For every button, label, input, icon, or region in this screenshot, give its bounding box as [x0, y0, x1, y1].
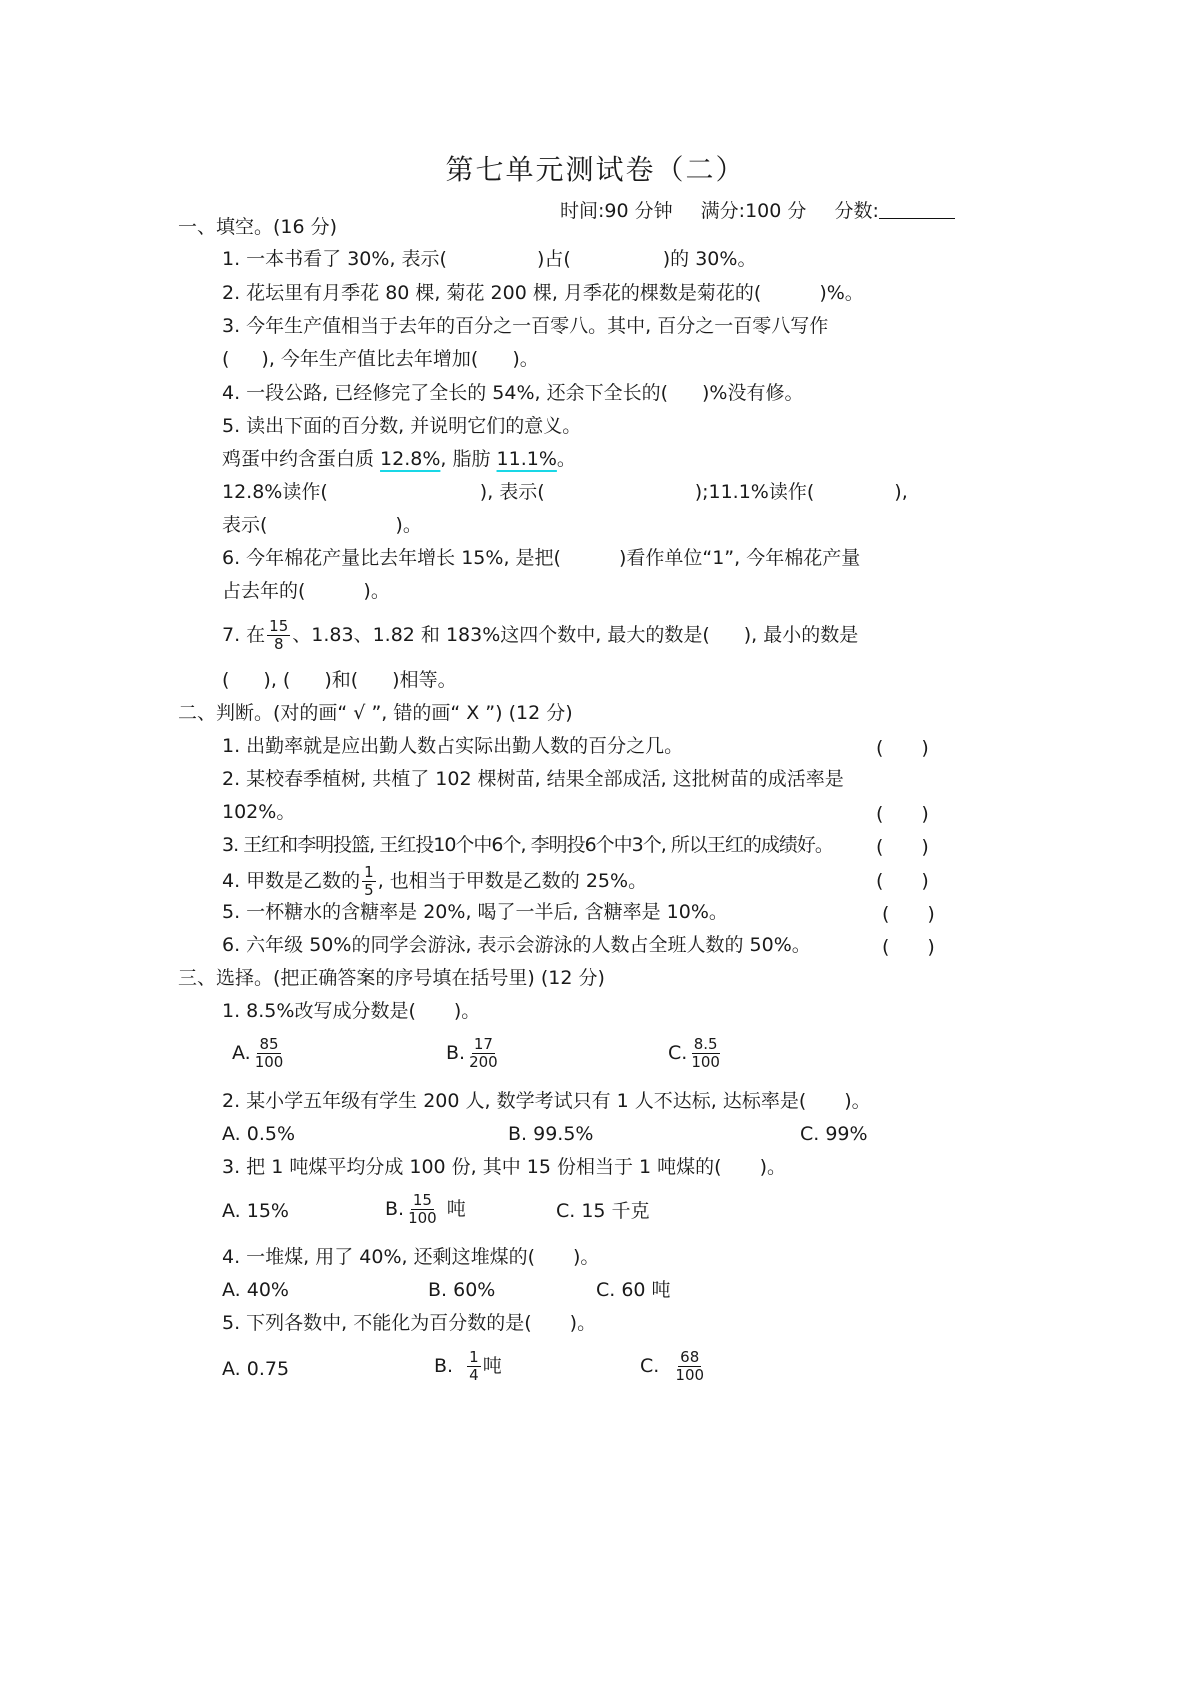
choice-5-option-b[interactable]: B. 14吨 — [434, 1349, 502, 1384]
choice-3-option-a[interactable]: A. 15% — [222, 1198, 289, 1224]
page-title: 第七单元测试卷（二） — [0, 148, 1191, 188]
choice-3-option-c[interactable]: C. 15 千克 — [556, 1198, 650, 1224]
judge-item-1: 1. 出勤率就是应出勤人数占实际出勤人数的百分之几。 — [222, 733, 683, 759]
choice-4-option-a[interactable]: A. 40% — [222, 1277, 289, 1303]
choice-4-option-b[interactable]: B. 60% — [428, 1277, 495, 1303]
choice-5-option-c[interactable]: C. 68100 — [640, 1349, 708, 1384]
choice-question-1: 1. 8.5%改写成分数是( )。 — [222, 998, 480, 1024]
judge-item-2: 2. 某校春季植树, 共植了 102 棵树苗, 结果全部成活, 这批树苗的成活率… — [222, 766, 844, 792]
fraction-15-8: 158 — [267, 618, 290, 653]
fill-question-3-line2: (), 今年生产值比去年增加()。 — [222, 346, 539, 372]
fill-question-6-line1: 6. 今年棉花产量比去年增长 15%, 是把()看作单位“1”, 今年棉花产量 — [222, 545, 860, 571]
choice-question-5: 5. 下列各数中, 不能化为百分数的是( )。 — [222, 1310, 596, 1336]
section-1-heading: 一、填空。(16 分) — [178, 214, 337, 240]
full-score: 满分:100 分 — [701, 200, 807, 222]
section-2-heading: 二、判断。(对的画“ √ ”, 错的画“ X ”) (12 分) — [178, 700, 573, 726]
judge-answer-bracket[interactable]: ( ) — [876, 866, 929, 893]
choice-question-2: 2. 某小学五年级有学生 200 人, 数学考试只有 1 人不达标, 达标率是(… — [222, 1088, 871, 1114]
fill-question-5-line3: 12.8%读作(), 表示();11.1%读作(), — [222, 479, 908, 505]
fill-question-1: 1. 一本书看了 30%, 表示()占()的 30%。 — [222, 246, 756, 272]
choice-4-option-c[interactable]: C. 60 吨 — [596, 1277, 671, 1303]
choice-1-option-b[interactable]: B.17200 — [446, 1036, 502, 1071]
judge-item-5: 5. 一杯糖水的含糖率是 20%, 喝了一半后, 含糖率是 10%。 — [222, 899, 728, 925]
judge-answer-bracket[interactable]: ( ) — [876, 832, 929, 859]
choice-2-option-a[interactable]: A. 0.5% — [222, 1121, 295, 1147]
choice-question-4: 4. 一堆煤, 用了 40%, 还剩这堆煤的( )。 — [222, 1244, 599, 1270]
exam-meta: 时间:90 分钟 满分:100 分 分数: — [560, 196, 955, 223]
fill-question-5-line2: 鸡蛋中约含蛋白质 12.8%, 脂肪 11.1%。 — [222, 446, 576, 472]
choice-3-option-b[interactable]: B.15100 吨 — [385, 1192, 466, 1227]
fraction-1-5: 15 — [362, 864, 376, 899]
judge-answer-bracket[interactable]: ( ) — [882, 932, 935, 959]
choice-2-option-c[interactable]: C. 99% — [800, 1121, 868, 1147]
protein-value: 12.8% — [380, 448, 440, 470]
judge-item-3: 3. 王红和李明投篮, 王红投10个中6个, 李明投6个中3个, 所以王红的成绩… — [222, 832, 833, 858]
choice-5-option-a[interactable]: A. 0.75 — [222, 1356, 289, 1382]
fill-question-5-line4: 表示()。 — [222, 512, 422, 538]
score-label: 分数: — [834, 200, 878, 222]
fat-value: 11.1% — [497, 448, 557, 470]
judge-item-4: 4. 甲数是乙数的15, 也相当于甲数是乙数的 25%。 — [222, 864, 647, 899]
judge-answer-bracket[interactable]: ( ) — [876, 733, 929, 760]
fill-question-5-line1: 5. 读出下面的百分数, 并说明它们的意义。 — [222, 413, 581, 439]
fill-question-7-line1: 7. 在158、1.83、1.82 和 183%这四个数中, 最大的数是(), … — [222, 618, 858, 653]
judge-item-6: 6. 六年级 50%的同学会游泳, 表示会游泳的人数占全班人数的 50%。 — [222, 932, 811, 958]
fill-question-7-line2: (), ()和()相等。 — [222, 667, 457, 693]
fill-question-6-line2: 占去年的()。 — [222, 578, 390, 604]
choice-1-option-a[interactable]: A.85100 — [232, 1036, 287, 1071]
judge-answer-bracket[interactable]: ( ) — [876, 799, 929, 826]
choice-question-3: 3. 把 1 吨煤平均分成 100 份, 其中 15 份相当于 1 吨煤的( )… — [222, 1154, 786, 1180]
time-limit: 时间:90 分钟 — [560, 200, 673, 222]
choice-2-option-b[interactable]: B. 99.5% — [508, 1121, 593, 1147]
fill-question-4: 4. 一段公路, 已经修完了全长的 54%, 还余下全长的()%没有修。 — [222, 380, 803, 406]
choice-1-option-c[interactable]: C.8.5100 — [668, 1036, 724, 1071]
fill-question-3-line1: 3. 今年生产值相当于去年的百分之一百零八。其中, 百分之一百零八写作 — [222, 313, 828, 339]
fill-question-2: 2. 花坛里有月季花 80 棵, 菊花 200 棵, 月季花的棵数是菊花的()%… — [222, 280, 864, 306]
exam-page: 第七单元测试卷（二） 时间:90 分钟 满分:100 分 分数: 一、填空。(1… — [0, 0, 1191, 1684]
judge-item-2-cont: 102%。 — [222, 799, 295, 825]
judge-answer-bracket[interactable]: ( ) — [882, 899, 935, 926]
section-3-heading: 三、选择。(把正确答案的序号填在括号里) (12 分) — [178, 965, 605, 991]
score-blank[interactable] — [879, 200, 955, 219]
